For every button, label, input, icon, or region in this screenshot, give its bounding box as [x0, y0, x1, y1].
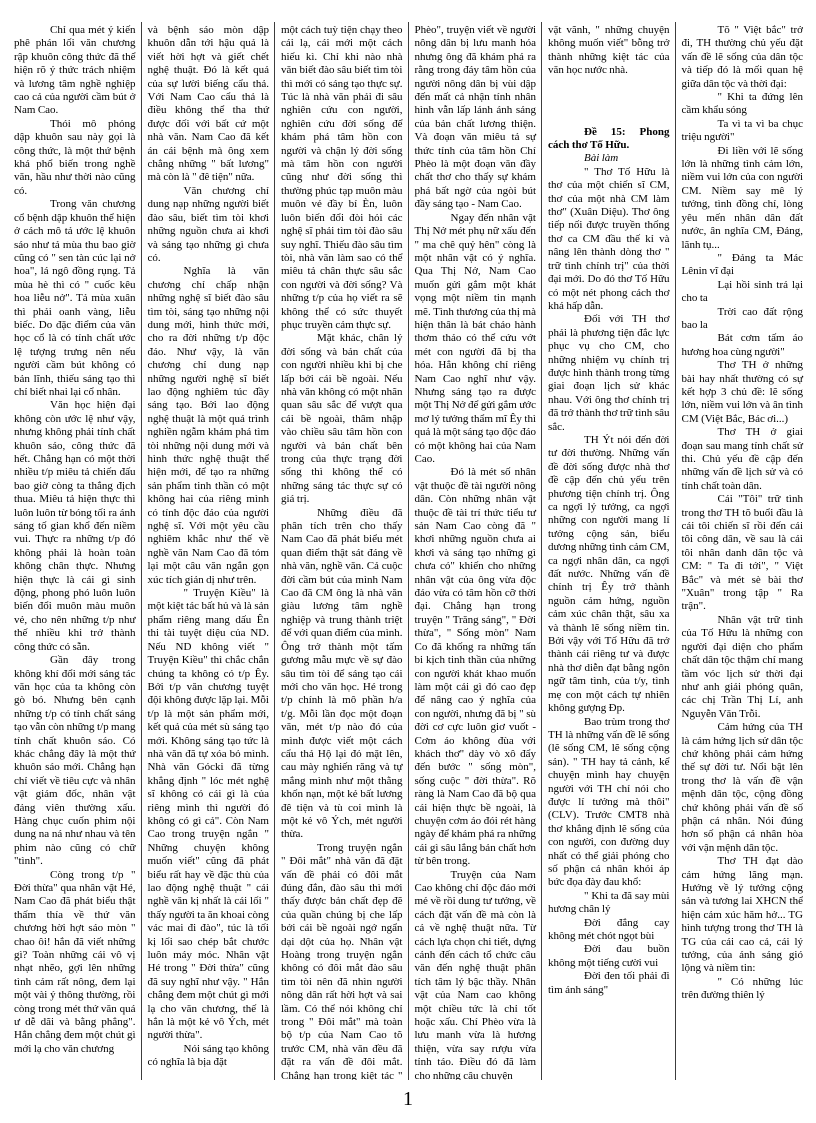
paragraph: Thơ TH ở những bài hay nhất thường có sự…: [682, 359, 804, 426]
paragraph: Cái "Tôi" trữ tình trong thơ TH tõ buổi …: [682, 493, 804, 614]
column-gap: [548, 78, 670, 126]
paragraph: Còng trong t/p " Đời thừa" qua nhân vật …: [14, 869, 136, 1057]
paragraph: Văn học hiện đại không còn ước lệ như vậ…: [14, 399, 136, 654]
paragraph: Bao trùm trong thơ TH là những vấn đề lẽ…: [548, 716, 670, 890]
paragraph: Cảm hứng của TH là cảm hứng lịch sử dân …: [682, 721, 804, 855]
essay-subheading: Bài làm: [548, 152, 670, 165]
verse-line: Đời đau buồn không một tiếng cười vui: [548, 943, 670, 970]
text-column-3: một cách tuỳ tiện chạy theo cái lạ, cái …: [274, 22, 408, 1080]
document-page: Chỉ qua mét ý kiến phê phán lối văn chươ…: [0, 0, 816, 1123]
paragraph: Trong truyện ngắn " Đôi mắt" nhà văn đã …: [281, 842, 403, 1080]
paragraph: Thơ TH đạt dào cảm hứng lãng mạn. Hướng …: [682, 855, 804, 976]
text-column-4: Phèo", truyện viết về người nông dân bị …: [408, 22, 542, 1080]
paragraph-continued: và bệnh sáo mòn dập khuôn dẫn tới hậu qu…: [148, 24, 270, 185]
verse-line: Ta vì ta vì ba chục triệu người": [682, 118, 804, 145]
paragraph: " Truyện Kiều" là một kiệt tác bất hủ và…: [148, 587, 270, 1043]
verse-line: Đời đen tối phải đi tìm ánh sáng": [548, 970, 670, 997]
verse-line: Trời cao đất rộng bao la: [682, 306, 804, 333]
text-column-5: vặt vãnh, " những chuyện không muốn viết…: [541, 22, 675, 1080]
verse-line: Bát cơm tấm áo hương hoa cùng người": [682, 332, 804, 359]
text-column-2: và bệnh sáo mòn dập khuôn dẫn tới hậu qu…: [141, 22, 275, 1080]
page-number: 1: [0, 1088, 816, 1111]
paragraph: Văn chương chỉ dung nạp những người biết…: [148, 185, 270, 265]
paragraph: Ngay đến nhân vật Thị Nở mét phụ nữ xấu …: [415, 212, 537, 467]
text-column-1: Chỉ qua mét ý kiến phê phán lối văn chươ…: [8, 22, 141, 1080]
paragraph: Mặt khác, chân lý đời sống và bản chất c…: [281, 332, 403, 506]
paragraph: Gần đây trong không khí đổi mới sáng tác…: [14, 654, 136, 869]
paragraph-continued: một cách tuỳ tiện chạy theo cái lạ, cái …: [281, 24, 403, 332]
verse-line: Đời đắng cay không mét chót ngọt bùi: [548, 917, 670, 944]
verse-line: " Đảng ta Mác Lênin vĩ đại: [682, 252, 804, 279]
paragraph: Thơ TH ở giai đoạn sau mang tính chất sử…: [682, 426, 804, 493]
verse-line: " Có những lúc trên đường thiên lý: [682, 976, 804, 1003]
paragraph: Đi liền với lẽ sống lớn là những tình cả…: [682, 145, 804, 252]
text-column-6: Tõ " Việt bắc" trở đi, TH thường chủ yếu…: [675, 22, 809, 1080]
paragraph: Những điều đã phân tích trên cho thấy Na…: [281, 507, 403, 842]
paragraph: " Thơ Tố Hữu là thơ của một chiến sĩ CM,…: [548, 166, 670, 313]
paragraph: Chỉ qua mét ý kiến phê phán lối văn chươ…: [14, 24, 136, 118]
paragraph: Nhân vật trữ tình của Tố Hữu là những co…: [682, 614, 804, 721]
paragraph: Tõ " Việt bắc" trở đi, TH thường chủ yếu…: [682, 24, 804, 91]
verse-line: " Khi ta đứng lên cầm khẩu sóng: [682, 91, 804, 118]
paragraph: TH Ýt nói đến đời tư đời thường. Những v…: [548, 434, 670, 716]
essay-heading: Đề 15: Phong cách thơ Tố Hữu.: [548, 126, 670, 153]
paragraph-continued: vặt vãnh, " những chuyện không muốn viết…: [548, 24, 670, 78]
paragraph: Nghĩa là văn chương chỉ chấp nhận những …: [148, 265, 270, 587]
paragraph: Đó là mét số nhân vật thuộc đề tài người…: [415, 466, 537, 868]
paragraph: Trong văn chương cổ bệnh dập khuôn thể h…: [14, 198, 136, 399]
paragraph-continued: Phèo", truyện viết về người nông dân bị …: [415, 24, 537, 212]
text-columns: Chỉ qua mét ý kiến phê phán lối văn chươ…: [8, 22, 808, 1080]
paragraph: Nói sáng tạo không có nghĩa là bịa đặt: [148, 1043, 270, 1070]
verse-line: Lại hồi sinh trả lại cho ta: [682, 279, 804, 306]
paragraph: Thói mô phỏng dập khuôn sau này gọi là c…: [14, 118, 136, 198]
paragraph: Truyện của Nam Cao không chỉ độc đáo mới…: [415, 869, 537, 1080]
paragraph: Đối với TH thơ phải là phương tiện đắc l…: [548, 313, 670, 434]
verse-line: " Khi ta đã say mùi hương chân lý: [548, 890, 670, 917]
